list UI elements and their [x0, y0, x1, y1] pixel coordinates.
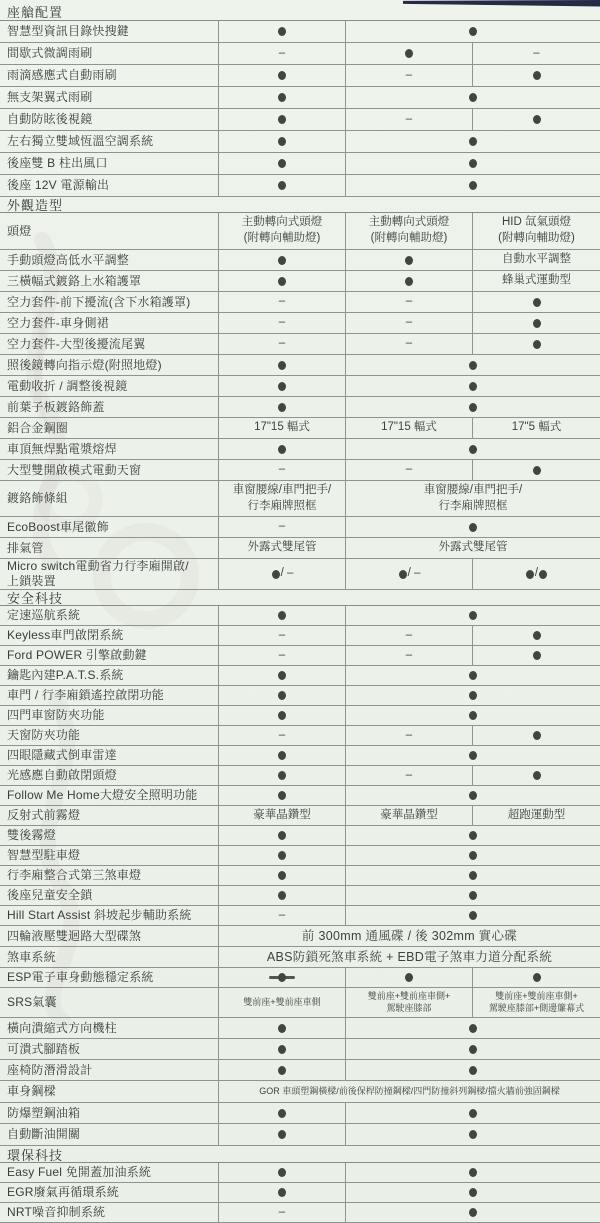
spec-cell [345, 43, 472, 64]
spec-cell [345, 397, 600, 417]
spec-cell: 主動轉向式頭燈 (附轉向輔助燈) [345, 213, 472, 249]
spec-cell: – [218, 313, 345, 333]
feature-dot-icon [278, 181, 286, 190]
spec-row: 照後鏡轉向指示燈(附照地燈) [0, 355, 600, 376]
spec-cell [345, 131, 600, 152]
spec-cell [218, 376, 345, 396]
feature-dot-icon [278, 382, 286, 391]
feature-dot-icon [272, 570, 280, 579]
spec-cell: 雙前座+雙前座車側+ 駕駛座膝部 [345, 988, 472, 1017]
feature-dot-icon [405, 973, 413, 982]
spec-cell [472, 334, 600, 354]
spec-row: Follow Me Home大燈安全照明功能 [0, 786, 600, 806]
feature-dot-icon [278, 277, 286, 286]
section-title: 安全科技 [7, 588, 63, 607]
spec-cell: 自動水平調整 [472, 250, 600, 270]
spec-cell [345, 1183, 600, 1202]
feature-dot-icon [533, 651, 541, 660]
feature-dot-icon [539, 570, 547, 579]
feature-dot-icon [469, 671, 477, 680]
row-label: 頭燈 [0, 213, 218, 249]
feature-dot-icon [278, 1066, 286, 1075]
row-label: 三橫幅式鍍鉻上水箱護罩 [0, 271, 218, 291]
spec-cell [345, 1163, 600, 1182]
feature-dot-icon [405, 277, 413, 286]
section-title: 座艙配置 [7, 2, 63, 21]
spec-row: 三橫幅式鍍鉻上水箱護罩蜂巢式運動型 [0, 271, 600, 292]
feature-dot-icon [469, 181, 477, 190]
spec-cell: – [218, 334, 345, 354]
spec-cell: 車窗腰線/車門把手/ 行李廂牌照框 [345, 481, 600, 516]
feature-dot-icon [278, 445, 286, 454]
spec-row: 間歇式微調雨刷–– [0, 43, 600, 65]
feature-dot-icon [469, 691, 477, 700]
feature-dot-icon [278, 711, 286, 720]
spec-cell: – [345, 726, 472, 745]
spec-row: 四門車窗防夾功能 [0, 706, 600, 726]
spec-cell [472, 626, 600, 645]
spec-cell [218, 153, 345, 174]
feature-dot-icon [405, 256, 413, 265]
feature-dot-icon [533, 71, 541, 80]
spec-row: 天窗防夾功能–– [0, 726, 600, 746]
row-label: 自動斷油開關 [0, 1124, 218, 1145]
spec-row: 定速巡航系統 [0, 606, 600, 626]
spec-row: 煞車系統ABS防鎖死煞車系統 + EBD電子煞車力道分配系統 [0, 947, 600, 968]
spec-cell [345, 355, 600, 375]
feature-dot-icon [469, 382, 477, 391]
feature-dot-icon [469, 403, 477, 412]
spec-cell [345, 271, 472, 291]
spec-cell: – [218, 626, 345, 645]
spec-row: 後座雙 B 柱出風口 [0, 153, 600, 175]
spec-row: 空力套件-車身側裙–– [0, 313, 600, 334]
spec-row: 排氣管外露式雙尾管外露式雙尾管 [0, 538, 600, 559]
spec-cell: – [218, 517, 345, 537]
spec-cell [218, 109, 345, 130]
spec-cell [218, 1183, 345, 1202]
spec-cell [345, 666, 600, 685]
row-label: 無支架翼式雨刷 [0, 87, 218, 108]
spec-row: Keyless車門啟閉系統–– [0, 626, 600, 646]
row-label: 手動頭燈高低水平調整 [0, 250, 218, 270]
feature-dot-icon [469, 711, 477, 720]
spec-row: 橫向潰縮式方向機柱 [0, 1018, 600, 1039]
spec-cell [218, 666, 345, 685]
spec-row: 行李廂整合式第三煞車燈 [0, 866, 600, 886]
feature-dot-icon [533, 466, 541, 475]
spec-cell: HID 氙氣頭燈 (附轉向輔助燈) [472, 213, 600, 249]
spec-cell [345, 175, 600, 196]
spec-cell [218, 1039, 345, 1059]
spec-cell: 主動轉向式頭燈 (附轉向輔助燈) [218, 213, 345, 249]
spec-cell [472, 968, 600, 987]
spec-cell [345, 606, 600, 625]
spec-cell [218, 886, 345, 905]
spec-cell [218, 1018, 345, 1038]
spec-row: 手動頭燈高低水平調整自動水平調整 [0, 250, 600, 271]
feature-dot-icon [278, 27, 286, 36]
spec-cell [472, 726, 600, 745]
spec-row: 電動收折 / 調整後視鏡 [0, 376, 600, 397]
row-label: 智慧型資訊目錄快搜鍵 [0, 21, 218, 42]
spec-row: 空力套件-大型後擾流尾翼–– [0, 334, 600, 355]
spec-row: 四輪液壓雙迴路大型碟煞前 300mm 通風碟 / 後 302mm 實心碟 [0, 926, 600, 947]
spec-row: 車身鋼樑GOR 車頭塑鋼橫樑/前後保桿防撞鋼樑/四門防撞斜列鋼樑/擋火牆前強固鋼… [0, 1081, 600, 1103]
spec-cell [218, 397, 345, 417]
feature-dot-icon [469, 1109, 477, 1118]
feature-dot-icon [469, 445, 477, 454]
feature-dot-icon [278, 791, 286, 800]
spec-cell [218, 846, 345, 865]
feature-dot-icon [278, 751, 286, 760]
spec-row: 自動防眩後視鏡– [0, 109, 600, 131]
spec-cell [345, 968, 472, 987]
spec-cell: – [345, 334, 472, 354]
spec-row: 防爆塑鋼油箱 [0, 1103, 600, 1124]
row-label: Keyless車門啟閉系統 [0, 626, 218, 645]
spec-cell: – [218, 1203, 345, 1222]
section-header: 環保科技 [0, 1146, 600, 1163]
row-label: 照後鏡轉向指示燈(附照地燈) [0, 355, 218, 375]
spec-cell: 雙前座+雙前座車側+ 駕駛座膝部+側邊簾幕式 [472, 988, 600, 1017]
spec-cell [345, 250, 472, 270]
feature-dot-icon [278, 1130, 286, 1139]
spec-row: 鍍鉻飾條組車窗腰線/車門把手/ 行李廂牌照框車窗腰線/車門把手/ 行李廂牌照框 [0, 481, 600, 517]
spec-cell: – [218, 906, 345, 925]
row-label: Hill Start Assist 斜坡起步輔助系統 [0, 906, 218, 925]
feature-dot-icon [278, 871, 286, 880]
spec-cell: / [472, 559, 600, 589]
feature-dot-icon [469, 27, 477, 36]
spec-cell [345, 886, 600, 905]
spec-cell [218, 355, 345, 375]
spec-row: EGR廢氣再循環系統 [0, 1183, 600, 1203]
row-label: 間歇式微調雨刷 [0, 43, 218, 64]
spec-cell: / – [345, 559, 472, 589]
spec-cell [218, 131, 345, 152]
spec-cell [218, 686, 345, 705]
feature-dot-icon [399, 570, 407, 579]
row-label: Follow Me Home大燈安全照明功能 [0, 786, 218, 805]
spec-row: 頭燈主動轉向式頭燈 (附轉向輔助燈)主動轉向式頭燈 (附轉向輔助燈)HID 氙氣… [0, 213, 600, 250]
spec-row: 雨滴感應式自動雨刷– [0, 65, 600, 87]
row-label: EGR廢氣再循環系統 [0, 1183, 218, 1202]
spec-row: SRS氣囊雙前座+雙前座車側雙前座+雙前座車側+ 駕駛座膝部雙前座+雙前座車側+… [0, 988, 600, 1018]
feature-dot-icon [469, 1024, 477, 1033]
spec-cell [218, 87, 345, 108]
spec-cell [345, 866, 600, 885]
row-label: 四眼隱藏式倒車雷達 [0, 746, 218, 765]
row-label: 可潰式腳踏板 [0, 1039, 218, 1059]
row-label: 雙後霧燈 [0, 826, 218, 845]
feature-dot-icon [278, 851, 286, 860]
spec-row: 前葉子板鍍鉻飾蓋 [0, 397, 600, 418]
feature-dot-icon [469, 159, 477, 168]
feature-dot-icon [469, 831, 477, 840]
spec-row: 空力套件-前下擾流(含下水箱護罩)–– [0, 292, 600, 313]
row-label: 鋁合金鋼圈 [0, 418, 218, 438]
spec-cell: 超跑運動型 [472, 806, 600, 825]
row-label: 鑰匙內建P.A.T.S.系統 [0, 666, 218, 685]
spec-cell: – [472, 43, 600, 64]
row-label: 車頂無焊點電漿熔焊 [0, 439, 218, 459]
feature-dot-icon [469, 1130, 477, 1139]
row-label: 四門車窗防夾功能 [0, 706, 218, 725]
feature-dot-icon [278, 137, 286, 146]
spec-row: 後座 12V 電源輸出 [0, 175, 600, 197]
row-label: 光感應自動啟閉頭燈 [0, 766, 218, 785]
feature-dot-icon [278, 1109, 286, 1118]
row-label: 自動防眩後視鏡 [0, 109, 218, 130]
row-label: 雨滴感應式自動雨刷 [0, 65, 218, 86]
spec-row: 雙後霧燈 [0, 826, 600, 846]
feature-dot-icon [469, 911, 477, 920]
row-label: 左右獨立雙域恆溫空調系統 [0, 131, 218, 152]
row-label: 後座兒童安全鎖 [0, 886, 218, 905]
feature-dot-icon [469, 1168, 477, 1177]
feature-dot-icon [533, 319, 541, 328]
spec-cell [218, 786, 345, 805]
spec-cell [218, 250, 345, 270]
spec-row: 可潰式腳踏板 [0, 1039, 600, 1060]
spec-row: 座椅防潛滑設計 [0, 1060, 600, 1081]
feature-dot-icon [278, 71, 286, 80]
spec-cell [345, 87, 600, 108]
feature-dot-icon [469, 751, 477, 760]
spec-cell [218, 175, 345, 196]
row-label: 排氣管 [0, 538, 218, 558]
feature-dot-icon [278, 403, 286, 412]
spec-cell: – [345, 313, 472, 333]
spec-cell: 17"5 輻式 [472, 418, 600, 438]
row-label: 智慧型駐車燈 [0, 846, 218, 865]
spec-table: 座艙配置智慧型資訊目錄快搜鍵間歇式微調雨刷––雨滴感應式自動雨刷–無支架翼式雨刷… [0, 2, 600, 1223]
feature-dot-icon [469, 93, 477, 102]
spec-cell [345, 1018, 600, 1038]
spec-row: Micro switch電動省力行李廂開啟/ 上鎖裝置 / – / – / [0, 559, 600, 590]
scanned-spec-sheet-page: 座艙配置智慧型資訊目錄快搜鍵間歇式微調雨刷––雨滴感應式自動雨刷–無支架翼式雨刷… [0, 0, 600, 1223]
spec-cell: 17"15 輻式 [218, 418, 345, 438]
feature-dot-icon [533, 771, 541, 780]
row-label: 四輪液壓雙迴路大型碟煞 [0, 926, 218, 946]
spec-cell [345, 846, 600, 865]
spec-cell [218, 766, 345, 785]
row-label: 座椅防潛滑設計 [0, 1060, 218, 1080]
spec-cell [218, 439, 345, 459]
spec-cell [218, 706, 345, 725]
row-label: EcoBoost車尾徽飾 [0, 517, 218, 537]
feature-dot-icon [526, 570, 534, 579]
feature-dot-icon [469, 851, 477, 860]
feature-dot-icon [469, 1066, 477, 1075]
row-label: NRT噪音抑制系統 [0, 1203, 218, 1222]
row-label: 空力套件-前下擾流(含下水箱護罩) [0, 292, 218, 312]
feature-dot-icon [278, 691, 286, 700]
spec-cell [345, 21, 600, 42]
row-label: SRS氣囊 [0, 988, 218, 1017]
spec-cell [345, 786, 600, 805]
row-label: 天窗防夾功能 [0, 726, 218, 745]
spec-row: 後座兒童安全鎖 [0, 886, 600, 906]
row-label: 防爆塑鋼油箱 [0, 1103, 218, 1123]
row-label: 空力套件-車身側裙 [0, 313, 218, 333]
spec-cell [472, 313, 600, 333]
feature-dot-icon [469, 891, 477, 900]
row-label: 煞車系統 [0, 947, 218, 967]
spec-cell: – [345, 646, 472, 665]
spec-cell: 前 300mm 通風碟 / 後 302mm 實心碟 [218, 926, 600, 946]
feature-dot-icon [278, 771, 286, 780]
feature-dot-icon [469, 1208, 477, 1217]
spec-cell [345, 439, 600, 459]
spec-cell [345, 1060, 600, 1080]
row-label: 電動收折 / 調整後視鏡 [0, 376, 218, 396]
feature-dot-icon [278, 671, 286, 680]
spec-cell: 豪華晶鑽型 [345, 806, 472, 825]
section-header: 外觀造型 [0, 197, 600, 213]
row-label: 反射式前霧燈 [0, 806, 218, 825]
spec-cell [218, 1124, 345, 1145]
spec-cell: – [218, 43, 345, 64]
section-title: 環保科技 [7, 1145, 63, 1164]
row-label: ESP電子車身動態穩定系統 [0, 968, 218, 987]
row-label: 鍍鉻飾條組 [0, 481, 218, 516]
spec-cell [345, 1039, 600, 1059]
spec-cell: ABS防鎖死煞車系統 + EBD電子煞車力道分配系統 [218, 947, 600, 967]
section-header: 安全科技 [0, 590, 600, 606]
spec-row: 四眼隱藏式倒車雷達 [0, 746, 600, 766]
spec-cell [218, 746, 345, 765]
spec-row: 大型雙開啟模式電動天窗–– [0, 460, 600, 481]
spec-cell: – [345, 766, 472, 785]
spec-cell [218, 606, 345, 625]
spec-cell [345, 1103, 600, 1123]
spec-cell [472, 646, 600, 665]
spec-cell: 蜂巢式運動型 [472, 271, 600, 291]
spec-cell: – [345, 65, 472, 86]
spec-cell [345, 1124, 600, 1145]
feature-dot-icon [278, 831, 286, 840]
feature-dot-icon [469, 611, 477, 620]
spec-cell: 外露式雙尾管 [218, 538, 345, 558]
feature-dot-icon [469, 1188, 477, 1197]
spec-cell: – [218, 460, 345, 480]
spec-cell [472, 292, 600, 312]
spec-row: 光感應自動啟閉頭燈– [0, 766, 600, 786]
spec-row: 車門 / 行李廂鎖遙控啟閉功能 [0, 686, 600, 706]
feature-dot-icon [469, 871, 477, 880]
spec-row: 車頂無焊點電漿熔焊 [0, 439, 600, 460]
spec-row: 智慧型資訊目錄快搜鍵 [0, 21, 600, 43]
spec-row: 反射式前霧燈豪華晶鑽型豪華晶鑽型超跑運動型 [0, 806, 600, 826]
feature-dot-icon [278, 611, 286, 620]
spec-cell: – [218, 726, 345, 745]
spec-cell: 車窗腰線/車門把手/ 行李廂牌照框 [218, 481, 345, 516]
row-label: Ford POWER 引擎啟動鍵 [0, 646, 218, 665]
feature-dot-icon [469, 361, 477, 370]
spec-row: 智慧型駐車燈 [0, 846, 600, 866]
feature-dot-icon [278, 115, 286, 124]
spec-row: 無支架翼式雨刷 [0, 87, 600, 109]
feature-dot-icon [533, 298, 541, 307]
spec-cell: / – [218, 559, 345, 589]
spec-cell [345, 517, 600, 537]
spec-cell [472, 109, 600, 130]
spec-cell [218, 1103, 345, 1123]
spec-cell [345, 746, 600, 765]
spec-row: EcoBoost車尾徽飾– [0, 517, 600, 538]
spec-cell [218, 21, 345, 42]
feature-dot-icon [533, 631, 541, 640]
spec-cell: – [345, 109, 472, 130]
feature-dot-icon [278, 1045, 286, 1054]
spec-row: 鑰匙內建P.A.T.S.系統 [0, 666, 600, 686]
section-title: 外觀造型 [7, 195, 63, 214]
spec-cell [472, 65, 600, 86]
spec-cell: – [218, 292, 345, 312]
spec-cell [345, 686, 600, 705]
row-label: 橫向潰縮式方向機柱 [0, 1018, 218, 1038]
row-label: Micro switch電動省力行李廂開啟/ 上鎖裝置 [0, 559, 218, 589]
spec-cell [472, 460, 600, 480]
feature-dot-icon [278, 1168, 286, 1177]
spec-cell [218, 65, 345, 86]
row-label: 車門 / 行李廂鎖遙控啟閉功能 [0, 686, 218, 705]
row-label: 前葉子板鍍鉻飾蓋 [0, 397, 218, 417]
feature-dot-icon [278, 256, 286, 265]
spec-cell: GOR 車頭塑鋼橫樑/前後保桿防撞鋼樑/四門防撞斜列鋼樑/擋火牆前強固鋼樑 [218, 1081, 600, 1102]
spec-cell [345, 826, 600, 845]
spec-cell [345, 906, 600, 925]
feature-dot-icon [278, 1024, 286, 1033]
spec-cell [345, 153, 600, 174]
feature-dot-icon [469, 791, 477, 800]
spec-cell [218, 968, 345, 987]
spec-cell [345, 1203, 600, 1222]
spec-cell: 豪華晶鑽型 [218, 806, 345, 825]
feature-dot-icon [278, 361, 286, 370]
spec-cell [218, 271, 345, 291]
spec-cell: 雙前座+雙前座車側 [218, 988, 345, 1017]
spec-row: NRT噪音抑制系統– [0, 1203, 600, 1223]
feature-dot-icon [278, 1188, 286, 1197]
spec-cell: 外露式雙尾管 [345, 538, 600, 558]
spec-cell [218, 1163, 345, 1182]
row-label: 定速巡航系統 [0, 606, 218, 625]
spec-cell [218, 866, 345, 885]
row-label: 空力套件-大型後擾流尾翼 [0, 334, 218, 354]
spec-cell [345, 706, 600, 725]
feature-dot-icon [533, 115, 541, 124]
row-label: 大型雙開啟模式電動天窗 [0, 460, 218, 480]
feature-dot-icon [278, 159, 286, 168]
feature-dot-icon [533, 340, 541, 349]
spec-cell [218, 1060, 345, 1080]
spec-cell: – [345, 292, 472, 312]
feature-dot-icon [533, 731, 541, 740]
row-label: 車身鋼樑 [0, 1081, 218, 1102]
feature-dot-icon [405, 49, 413, 58]
feature-dot-icon [278, 891, 286, 900]
feature-dot-icon [469, 523, 477, 532]
spec-cell: – [218, 646, 345, 665]
spec-cell [345, 376, 600, 396]
row-label: 行李廂整合式第三煞車燈 [0, 866, 218, 885]
row-label: 後座雙 B 柱出風口 [0, 153, 218, 174]
spec-row: Hill Start Assist 斜坡起步輔助系統– [0, 906, 600, 926]
feature-dot-icon [278, 93, 286, 102]
